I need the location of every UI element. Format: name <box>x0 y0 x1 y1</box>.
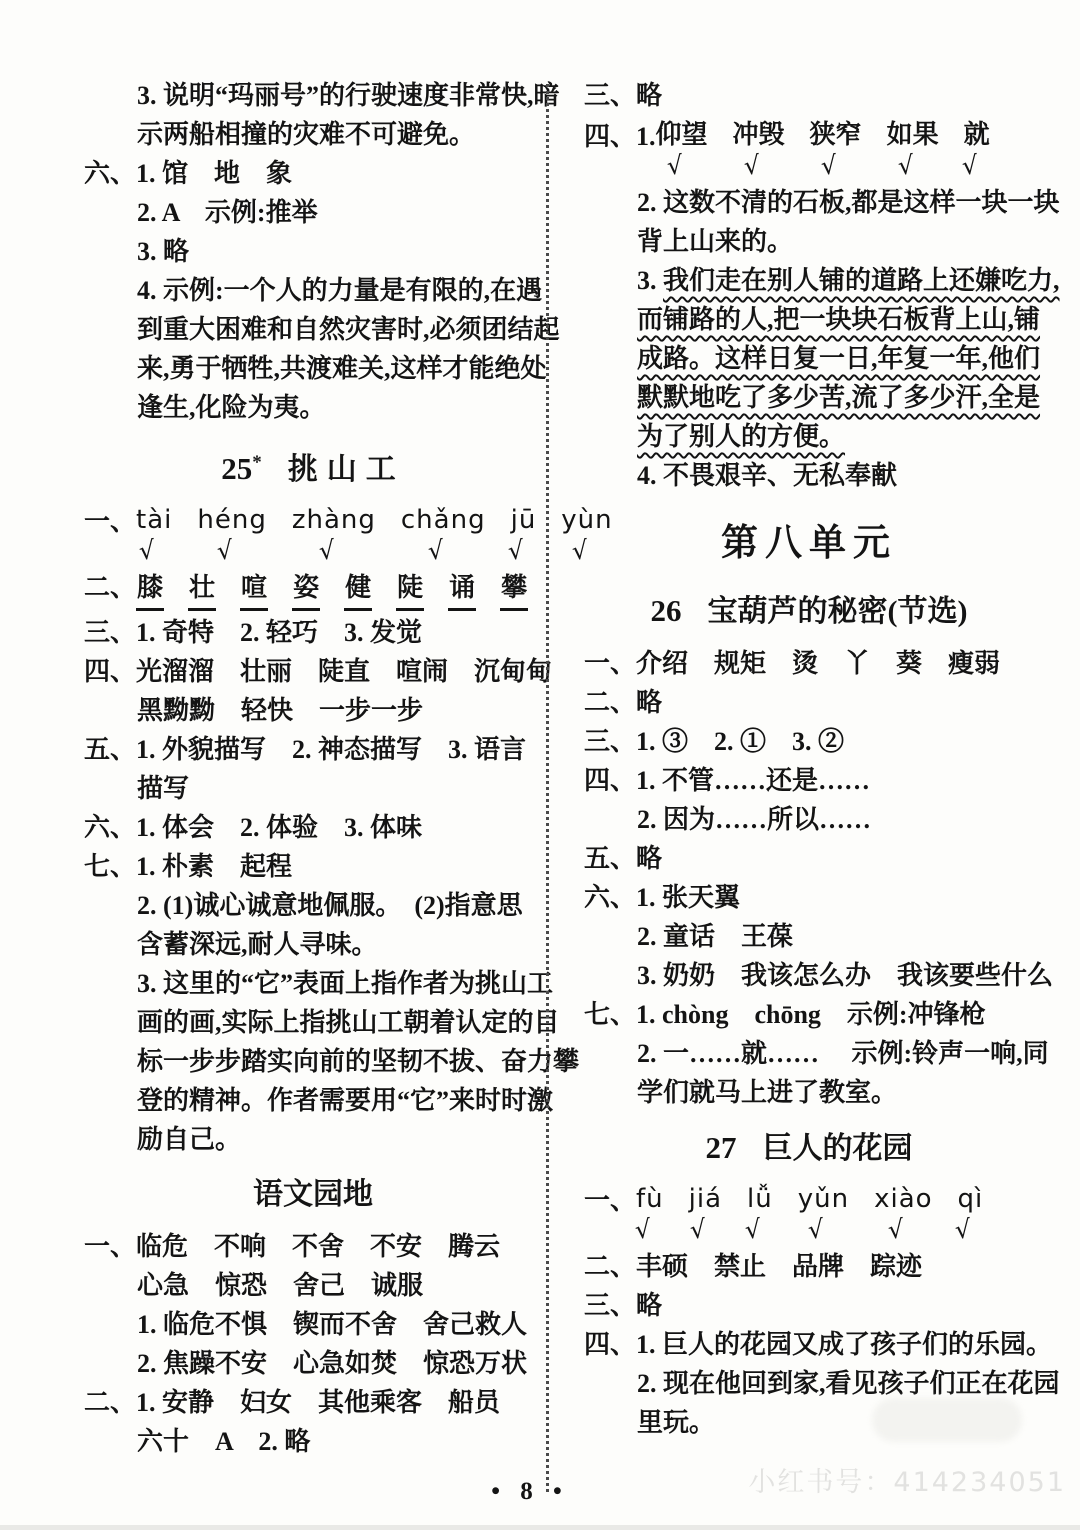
line-text: 3. 这里的“它”表面上指作者为挑山工 <box>137 969 553 998</box>
item-text: yǔn <box>798 1181 849 1217</box>
lesson-number: 27 <box>706 1130 737 1165</box>
pinyin-item: chǎng√ <box>401 502 486 564</box>
text-line: 成路。这样日复一日,年复一年,他们 <box>584 339 1034 378</box>
line-text: 2. A 示例:推举 <box>137 198 318 227</box>
text-line: 四、1. 不管……还是…… <box>584 761 1034 800</box>
line-text: 为了别人的方便。 <box>637 422 845 451</box>
text-line: 3. 这里的“它”表面上指作者为挑山工 <box>84 964 542 1003</box>
text-line: 四、1. 巨人的花园又成了孩子们的乐园。 <box>584 1325 1034 1364</box>
text-line: 六、1. 体会 2. 体验 3. 体味 <box>84 808 542 847</box>
lesson-number: 26 <box>651 593 682 628</box>
text-line: 三、1. ③ 2. ① 3. ② <box>584 722 1034 761</box>
heading-title: 语文园地 <box>253 1178 373 1211</box>
text-line: 黑黝黝 轻快 一步一步 <box>84 691 542 730</box>
item-text: tài <box>136 502 172 538</box>
text-line: 而铺路的人,把一块块石板背上山,铺 <box>584 300 1034 339</box>
text-line: 三、1. 奇特 2. 轻巧 3. 发觉 <box>84 613 542 652</box>
item-text: qì <box>958 1181 984 1217</box>
checkmark-icon: √ <box>742 152 761 180</box>
list-marker: 二、 <box>84 573 136 602</box>
word-item: 仰望√ <box>656 117 708 179</box>
line-text: 学们就马上进了教室。 <box>637 1078 897 1107</box>
pinyin-item: fù√ <box>636 1181 664 1243</box>
line-text: 4. 示例:一个人的力量是有限的,在遇 <box>137 276 542 305</box>
line-text: 2. 一……就…… 示例:铃声一响,同 <box>637 1039 1049 1068</box>
text-line: 二、1. 安静 妇女 其他乘客 船员 <box>84 1383 542 1422</box>
text-line: 七、1. 朴素 起程 <box>84 847 542 886</box>
line-text: 六十 A 2. 略 <box>137 1427 310 1456</box>
line-text: 2. 这数不清的石板,都是这样一块一块 <box>637 188 1060 217</box>
text-line: 七、1. chòng chōng 示例:冲锋枪 <box>584 995 1034 1034</box>
line-text: 四、1. 巨人的花园又成了孩子们的乐园。 <box>584 1330 1052 1359</box>
line-text: 2. (1)诚心诚意地佩服。 (2)指意思 <box>137 891 523 920</box>
underlined-character: 姿 <box>292 568 320 611</box>
underlined-character: 健 <box>344 568 372 611</box>
lesson-heading: 26宝葫芦的秘密(节选) <box>584 591 1034 632</box>
pinyin-item: jū√ <box>511 502 537 564</box>
text-line: 励自己。 <box>84 1120 542 1159</box>
checkmark-icon: √ <box>634 1216 653 1244</box>
text-line: 标一步步踏实向前的坚韧不拔、奋力攀 <box>84 1042 542 1081</box>
xiaohongshu-watermark: 小红书号：414234051 <box>748 1460 1066 1499</box>
pinyin-item: zhàng√ <box>292 502 376 564</box>
line-text: 默默地吃了多少苦,流了多少汗,全是 <box>637 383 1040 412</box>
lesson-star: * <box>252 452 262 473</box>
watermark-blur-blob <box>872 1398 1022 1442</box>
line-text: 心急 惊恐 舍己 诚服 <box>137 1271 423 1300</box>
text-line: 3. 略 <box>84 232 542 271</box>
text-line: 三、略 <box>584 1286 1034 1325</box>
line-text: 四、1. 不管……还是…… <box>584 766 870 795</box>
line-text: 七、1. chòng chōng 示例:冲锋枪 <box>584 1000 986 1029</box>
line-text: 背上山来的。 <box>637 227 793 256</box>
text-line: 五、略 <box>584 839 1034 878</box>
text-line: 为了别人的方便。 <box>584 417 1034 456</box>
line-text: 七、1. 朴素 起程 <box>84 852 292 881</box>
item-text: zhàng <box>292 502 376 538</box>
line-text: 画的画,实际上指挑山工朝着认定的目 <box>137 1008 560 1037</box>
line-text: 3. 奶奶 我该怎么办 我该要些什么 <box>637 961 1053 990</box>
line-text: 黑黝黝 轻快 一步一步 <box>137 696 423 725</box>
pinyin-item: jiá√ <box>689 1181 722 1243</box>
text-line: 四、光溜溜 壮丽 陡直 喧闹 沉甸甸 <box>84 652 542 691</box>
line-text: 三、1. ③ 2. ① 3. ② <box>584 727 844 756</box>
text-line: 2. 这数不清的石板,都是这样一块一块 <box>584 183 1034 222</box>
checkmark-icon: √ <box>954 1216 973 1244</box>
text-line: 4. 不畏艰辛、无私奉献 <box>584 456 1034 495</box>
lesson-heading: 27巨人的花园 <box>584 1128 1034 1169</box>
text-line: 2. 焦躁不安 心急如焚 惊恐万状 <box>84 1344 542 1383</box>
checkmark-icon: √ <box>689 1216 708 1244</box>
pinyin-item: lǚ√ <box>747 1181 773 1243</box>
text-line: 2. A 示例:推举 <box>84 193 542 232</box>
line-text: 我们走在别人铺的道路上还嫌吃力, <box>663 266 1060 295</box>
text-line: 学们就马上进了教室。 <box>584 1073 1034 1112</box>
line-text: 五、1. 外貌描写 2. 神态描写 3. 语言 <box>84 735 526 764</box>
line-text: 六、1. 体会 2. 体验 3. 体味 <box>84 813 422 842</box>
list-marker: 一、 <box>84 502 136 541</box>
item-text: héng <box>197 502 266 538</box>
text-line: 到重大困难和自然灾害时,必须团结起 <box>84 310 542 349</box>
heading-title: 巨人的花园 <box>763 1132 913 1165</box>
underlined-characters-row: 二、膝壮喧姿健陡诵攀 <box>84 568 542 611</box>
line-text: 4. 不畏艰辛、无私奉献 <box>637 461 897 490</box>
item-text: xiào <box>874 1181 932 1217</box>
text-line: 2. 一……就…… 示例:铃声一响,同 <box>584 1034 1034 1073</box>
pinyin-item: héng√ <box>197 502 266 564</box>
line-text: 三、略 <box>584 1291 662 1320</box>
text-line: 六十 A 2. 略 <box>84 1422 542 1461</box>
pinyin-item: tài√ <box>136 502 172 564</box>
line-text: 六、1. 馆 地 象 <box>84 159 292 188</box>
text-line: 2. 因为……所以…… <box>584 800 1034 839</box>
text-line: 含蓄深远,耐人寻味。 <box>84 925 542 964</box>
line-text: 一、临危 不响 不舍 不安 腾云 <box>84 1232 500 1261</box>
text-line: 来,勇于牺牲,共渡难关,这样才能绝处 <box>84 349 542 388</box>
line-text: 一、介绍 规矩 烫 丫 葵 瘦弱 <box>584 649 1000 678</box>
text-line: 描写 <box>84 769 542 808</box>
checkmark-icon: √ <box>318 537 337 565</box>
line-text: 六、1. 张天翼 <box>584 883 740 912</box>
line-text: 2. 因为……所以…… <box>637 805 871 834</box>
item-text: 仰望 <box>656 117 708 153</box>
text-line: 一、临危 不响 不舍 不安 腾云 <box>84 1227 542 1266</box>
line-text: 里玩。 <box>637 1408 715 1437</box>
text-line: 六、1. 馆 地 象 <box>84 154 542 193</box>
text-line: 三、略 <box>584 76 1034 115</box>
text-line: 示两船相撞的灾难不可避免。 <box>84 115 542 154</box>
item-text: 冲毁 <box>733 117 785 153</box>
item-text: 如果 <box>887 117 939 153</box>
text-line: 2. (1)诚心诚意地佩服。 (2)指意思 <box>84 886 542 925</box>
line-text: 描写 <box>137 774 189 803</box>
line-text: 三、1. 奇特 2. 轻巧 3. 发觉 <box>84 618 422 647</box>
checkmark-icon: √ <box>138 537 157 565</box>
checkmark-icon: √ <box>819 152 838 180</box>
heading-title: 第八单元 <box>721 523 897 564</box>
list-marker: 四、1. <box>584 117 656 156</box>
text-line: 3. 奶奶 我该怎么办 我该要些什么 <box>584 956 1034 995</box>
line-text: 逢生,化险为夷。 <box>137 393 326 422</box>
line-text: 到重大困难和自然灾害时,必须团结起 <box>137 315 560 344</box>
text-line: 3. 我们走在别人铺的道路上还嫌吃力, <box>584 261 1034 300</box>
list-marker: 一、 <box>584 1181 636 1220</box>
underlined-character: 壮 <box>188 568 216 611</box>
column-divider-dotted-line <box>546 84 549 1492</box>
checkmark-icon: √ <box>665 152 684 180</box>
line-text: 2. 现在他回到家,看见孩子们正在花园 <box>637 1369 1060 1398</box>
underlined-character: 陡 <box>396 568 424 611</box>
heading-title: 挑山工 <box>288 453 405 486</box>
item-text: 狭窄 <box>810 117 862 153</box>
word-item: 就√ <box>964 117 990 179</box>
text-line: 五、1. 外貌描写 2. 神态描写 3. 语言 <box>84 730 542 769</box>
underlined-character: 喧 <box>240 568 268 611</box>
pinyin-item: qì√ <box>958 1181 984 1243</box>
answer-key-page: 3. 说明“玛丽号”的行驶速度非常快,暗示两船相撞的灾难不可避免。六、1. 馆 … <box>0 0 1080 1530</box>
checked-words-row: 四、1. 仰望√冲毁√狭窄√如果√就√ <box>584 117 1034 179</box>
pinyin-item: yǔn√ <box>798 1181 849 1243</box>
underlined-character: 诵 <box>448 568 476 611</box>
line-text: 2. 童话 王葆 <box>637 922 793 951</box>
checkmark-icon: √ <box>896 152 915 180</box>
underlined-character: 膝 <box>136 568 164 611</box>
line-text: 标一步步踏实向前的坚韧不拔、奋力攀 <box>137 1047 579 1076</box>
item-text: jiá <box>689 1181 722 1217</box>
line-text: 而铺路的人,把一块块石板背上山,铺 <box>637 305 1040 334</box>
item-text: chǎng <box>401 502 486 538</box>
item-text: fù <box>636 1181 664 1217</box>
line-text: 1. 临危不惧 锲而不舍 舍己救人 <box>137 1310 527 1339</box>
text-line: 逢生,化险为夷。 <box>84 388 542 427</box>
lesson-number: 25 <box>221 451 252 486</box>
item-text: 就 <box>964 117 990 153</box>
line-text: 五、略 <box>584 844 662 873</box>
right-column: 三、略四、1. 仰望√冲毁√狭窄√如果√就√2. 这数不清的石板,都是这样一块一… <box>584 76 1034 1442</box>
checkmark-icon: √ <box>216 537 235 565</box>
lesson-heading: 25*挑山工 <box>84 443 542 490</box>
text-line: 心急 惊恐 舍己 诚服 <box>84 1266 542 1305</box>
lesson-heading: 语文园地 <box>84 1175 542 1215</box>
line-text: 三、略 <box>584 81 662 110</box>
item-text: jū <box>511 502 537 538</box>
left-column: 3. 说明“玛丽号”的行驶速度非常快,暗示两船相撞的灾难不可避免。六、1. 馆 … <box>84 76 542 1461</box>
line-text: 二、略 <box>584 688 662 717</box>
checkmark-icon: √ <box>744 1216 763 1244</box>
line-text: 二、1. 安静 妇女 其他乘客 船员 <box>84 1388 500 1417</box>
line-text: 3. 略 <box>137 237 189 266</box>
text-line: 3. 说明“玛丽号”的行驶速度非常快,暗 <box>84 76 542 115</box>
text-line: 登的精神。作者需要用“它”来时时激 <box>84 1081 542 1120</box>
line-text: 励自己。 <box>137 1125 241 1154</box>
text-line: 六、1. 张天翼 <box>584 878 1034 917</box>
checkmark-icon: √ <box>507 537 526 565</box>
word-item: 狭窄√ <box>810 117 862 179</box>
pinyin-answer-row: 一、tài√héng√zhàng√chǎng√jū√yùn√ <box>84 502 542 564</box>
line-text: 来,勇于牺牲,共渡难关,这样才能绝处 <box>137 354 547 383</box>
page-number: • 8 • <box>440 1478 620 1506</box>
text-line: 2. 童话 王葆 <box>584 917 1034 956</box>
text-line: 1. 临危不惧 锲而不舍 舍己救人 <box>84 1305 542 1344</box>
text-line: 一、介绍 规矩 烫 丫 葵 瘦弱 <box>584 644 1034 683</box>
line-text: 含蓄深远,耐人寻味。 <box>137 930 378 959</box>
text-line: 背上山来的。 <box>584 222 1034 261</box>
text-line: 二、略 <box>584 683 1034 722</box>
text-line: 默默地吃了多少苦,流了多少汗,全是 <box>584 378 1034 417</box>
line-text: 二、丰硕 禁止 品牌 踪迹 <box>584 1252 922 1281</box>
pinyin-item: xiào√ <box>874 1181 932 1243</box>
text-line: 画的画,实际上指挑山工朝着认定的目 <box>84 1003 542 1042</box>
line-text: 登的精神。作者需要用“它”来时时激 <box>137 1086 553 1115</box>
line-text: 四、光溜溜 壮丽 陡直 喧闹 沉甸甸 <box>84 657 552 686</box>
line-text: 示两船相撞的灾难不可避免。 <box>137 120 475 149</box>
text-line: 二、丰硕 禁止 品牌 踪迹 <box>584 1247 1034 1286</box>
list-marker: 3. <box>637 266 663 295</box>
scan-edge-strip <box>0 1525 1080 1530</box>
line-text: 成路。这样日复一日,年复一年,他们 <box>637 344 1040 373</box>
word-item: 冲毁√ <box>733 117 785 179</box>
checkmark-icon: √ <box>427 537 446 565</box>
line-text: 3. 说明“玛丽号”的行驶速度非常快,暗 <box>137 81 560 110</box>
word-item: 如果√ <box>887 117 939 179</box>
line-text: 2. 焦躁不安 心急如焚 惊恐万状 <box>137 1349 527 1378</box>
unit-heading: 第八单元 <box>584 521 1034 567</box>
item-text: lǚ <box>747 1181 773 1217</box>
underlined-character: 攀 <box>500 568 528 611</box>
heading-title: 宝葫芦的秘密(节选) <box>708 595 968 628</box>
checkmark-icon: √ <box>807 1216 826 1244</box>
pinyin-answer-row: 一、fù√jiá√lǚ√yǔn√xiào√qì√ <box>584 1181 1034 1243</box>
checkmark-icon: √ <box>960 152 979 180</box>
text-line: 4. 示例:一个人的力量是有限的,在遇 <box>84 271 542 310</box>
checkmark-icon: √ <box>887 1216 906 1244</box>
